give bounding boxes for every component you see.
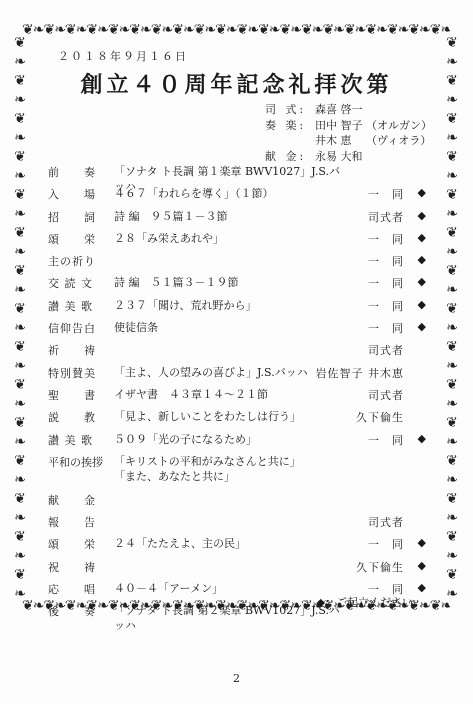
- program-content: ２４「たたえよ、主の民」: [114, 536, 344, 551]
- stand-mark-icon: ◆: [404, 581, 426, 594]
- program-item: 信仰告白: [48, 320, 114, 336]
- program-leader: 一 同: [344, 536, 404, 552]
- program-content: ４６７「われらを導く」（１節）: [114, 186, 344, 201]
- program-leader: 司式者: [344, 342, 404, 358]
- stand-mark-icon: ◆: [404, 186, 426, 199]
- program-row: 讃 美 歌５０９「光の子になるため」一 同◆: [48, 432, 426, 454]
- program-row: 聖 書イザヤ書 ４３章１４～２１節司式者: [48, 387, 426, 409]
- program-row: 頌 栄２４「たたえよ、主の民」一 同◆: [48, 536, 426, 558]
- program-content: ２３７「聞け、荒れ野から」: [114, 298, 344, 313]
- program-row: 祈 祷司式者: [48, 342, 426, 364]
- program-content: 「見よ、新しいことをわたしは行う」: [114, 409, 344, 424]
- border-ornament-top: ❦❧❦❧❦❧❦❧❦❧❦❧❦❧❦❧❦❧❦❧❦❧❦❧❦❧❦❧❦❧❦❧❦❧❦❧❦❧❦❧…: [22, 22, 450, 38]
- staff-role: [265, 133, 315, 149]
- program-leader: 久下倫生: [344, 409, 404, 425]
- program-item: 平和の挨拶: [48, 454, 114, 470]
- staff-name: 永易 大和: [315, 149, 363, 165]
- program-item: 祝 祷: [48, 559, 114, 575]
- program-content: 「ソナタ ト長調 第２楽章 BWV1027」J.S.バッハ: [114, 603, 344, 633]
- staff-role: 献 金:: [265, 149, 315, 165]
- staff-list: 司 式: 森喜 啓一 奏 楽: 田中 智子 （オルガン） 井木 恵 （ヴィオラ）…: [265, 102, 432, 164]
- stand-mark-icon: ◆: [404, 536, 426, 549]
- program-row: 頌 栄２８「み栄えあれや」一 同◆: [48, 231, 426, 253]
- program-row: 入 場４６７「われらを導く」（１節）一 同◆: [48, 186, 426, 208]
- staff-row-music-1: 奏 楽: 田中 智子 （オルガン）: [265, 118, 432, 134]
- program-item: 交 読 文: [48, 275, 114, 291]
- stand-mark-icon: ◆: [404, 231, 426, 244]
- program-leader: 久下倫生: [344, 559, 404, 575]
- staff-row-offering: 献 金: 永易 大和: [265, 149, 432, 165]
- program-leader: 一 同: [344, 186, 404, 202]
- program-item: 讃 美 歌: [48, 432, 114, 448]
- staff-name: 田中 智子 （オルガン）: [315, 118, 432, 134]
- program-item: 祈 祷: [48, 342, 114, 358]
- program-row: 特別賛美「主よ、人の望みの喜びよ」J.S.バッハ岩佐智子 井木恵: [48, 365, 426, 387]
- program-item: 説 教: [48, 409, 114, 425]
- border-ornament-left: ❦❧❦❧❦❧❦❧❦❧❦❧❦❧❦❧❦❧❦❧❦❧❦❧❦❧❦❧❦❧❦❧❦❧❦❧❦❧❦❧…: [12, 34, 28, 602]
- program-leader: 司式者: [344, 514, 404, 530]
- program-row: 前 奏「ソナタ ト長調 第１楽章 BWV1027」J.S.バッハ: [48, 164, 426, 186]
- program-item: 聖 書: [48, 387, 114, 403]
- program-content: 詩 編 ９５篇１－３節: [114, 209, 344, 224]
- program-row: 信仰告白使徒信条一 同◆: [48, 320, 426, 342]
- program-leader: 岩佐智子 井木恵: [314, 365, 404, 381]
- program-row: 献 金: [48, 492, 426, 514]
- page-title: 創立４０周年記念礼拝次第: [0, 68, 473, 99]
- program-row: 招 詞詩 編 ９５篇１－３節司式者◆: [48, 209, 426, 231]
- program-item: 招 詞: [48, 209, 114, 225]
- program-item: 後 奏: [48, 603, 114, 619]
- program-row: 報 告司式者: [48, 514, 426, 536]
- stand-mark-icon: ◆: [404, 298, 426, 311]
- program-item: 頌 栄: [48, 231, 114, 247]
- program-content: 詩 編 ５１篇３－１９節: [114, 275, 344, 290]
- program-leader: 一 同: [344, 432, 404, 448]
- program-row: 説 教「見よ、新しいことをわたしは行う」久下倫生: [48, 409, 426, 431]
- program-item: 報 告: [48, 514, 114, 530]
- stand-mark-icon: ◆: [404, 253, 426, 266]
- program-content: 「キリストの平和がみなさんと共に」 「また、あなたと共に」: [114, 454, 344, 484]
- program-item: 入 場: [48, 186, 114, 202]
- program-row: 讃 美 歌２３７「聞け、荒れ野から」一 同◆: [48, 298, 426, 320]
- page-number: 2: [0, 672, 473, 685]
- border-ornament-right: ❦❧❦❧❦❧❦❧❦❧❦❧❦❧❦❧❦❧❦❧❦❧❦❧❦❧❦❧❦❧❦❧❦❧❦❧❦❧❦❧…: [444, 34, 460, 602]
- program-item: 特別賛美: [48, 365, 114, 381]
- staff-row-music-2: 井木 恵 （ヴィオラ）: [265, 133, 432, 149]
- program-content: イザヤ書 ４３章１４～２１節: [114, 387, 344, 402]
- program-item: 応 唱: [48, 581, 114, 597]
- program-content: 「主よ、人の望みの喜びよ」J.S.バッハ: [114, 365, 314, 380]
- program-item: 讃 美 歌: [48, 298, 114, 314]
- stand-mark-icon: ◆: [404, 432, 426, 445]
- stand-mark-icon: ◆: [404, 559, 426, 572]
- program-item: 前 奏: [48, 164, 114, 180]
- program-row: 祝 祷久下倫生◆: [48, 559, 426, 581]
- program-content: 使徒信条: [114, 320, 344, 335]
- staff-row-officiant: 司 式: 森喜 啓一: [265, 102, 432, 118]
- program-row: 交 読 文詩 編 ５１篇３－１９節一 同◆: [48, 275, 426, 297]
- staff-name: 森喜 啓一: [315, 102, 363, 118]
- stand-legend: ◆：ご起立ください: [317, 594, 413, 610]
- program-content: ２８「み栄えあれや」: [114, 231, 344, 246]
- stand-mark-icon: ◆: [404, 209, 426, 222]
- program-leader: 司式者: [344, 387, 404, 403]
- program-leader: 一 同: [344, 253, 404, 269]
- program-content: ４０－４「アーメン」: [114, 581, 344, 596]
- stand-mark-icon: ◆: [404, 320, 426, 333]
- program-item: 主の祈り: [48, 253, 114, 269]
- program-leader: 一 同: [344, 231, 404, 247]
- program-row: 主の祈り一 同◆: [48, 253, 426, 275]
- staff-role: 奏 楽:: [265, 118, 315, 134]
- stand-mark-icon: ◆: [404, 275, 426, 288]
- service-date: ２０１８年９月１６日: [58, 48, 188, 64]
- staff-name: 井木 恵 （ヴィオラ）: [315, 133, 431, 149]
- program-leader: 一 同: [344, 275, 404, 291]
- program-leader: 司式者: [344, 209, 404, 225]
- program-content: ５０９「光の子になるため」: [114, 432, 344, 447]
- program-leader: 一 同: [344, 320, 404, 336]
- program-row: 平和の挨拶「キリストの平和がみなさんと共に」 「また、あなたと共に」: [48, 454, 426, 492]
- order-of-service: 前 奏「ソナタ ト長調 第１楽章 BWV1027」J.S.バッハ 入 場４６７「…: [48, 164, 426, 626]
- program-leader: 一 同: [344, 298, 404, 314]
- program-item: 頌 栄: [48, 536, 114, 552]
- staff-role: 司 式:: [265, 102, 315, 118]
- program-item: 献 金: [48, 492, 114, 508]
